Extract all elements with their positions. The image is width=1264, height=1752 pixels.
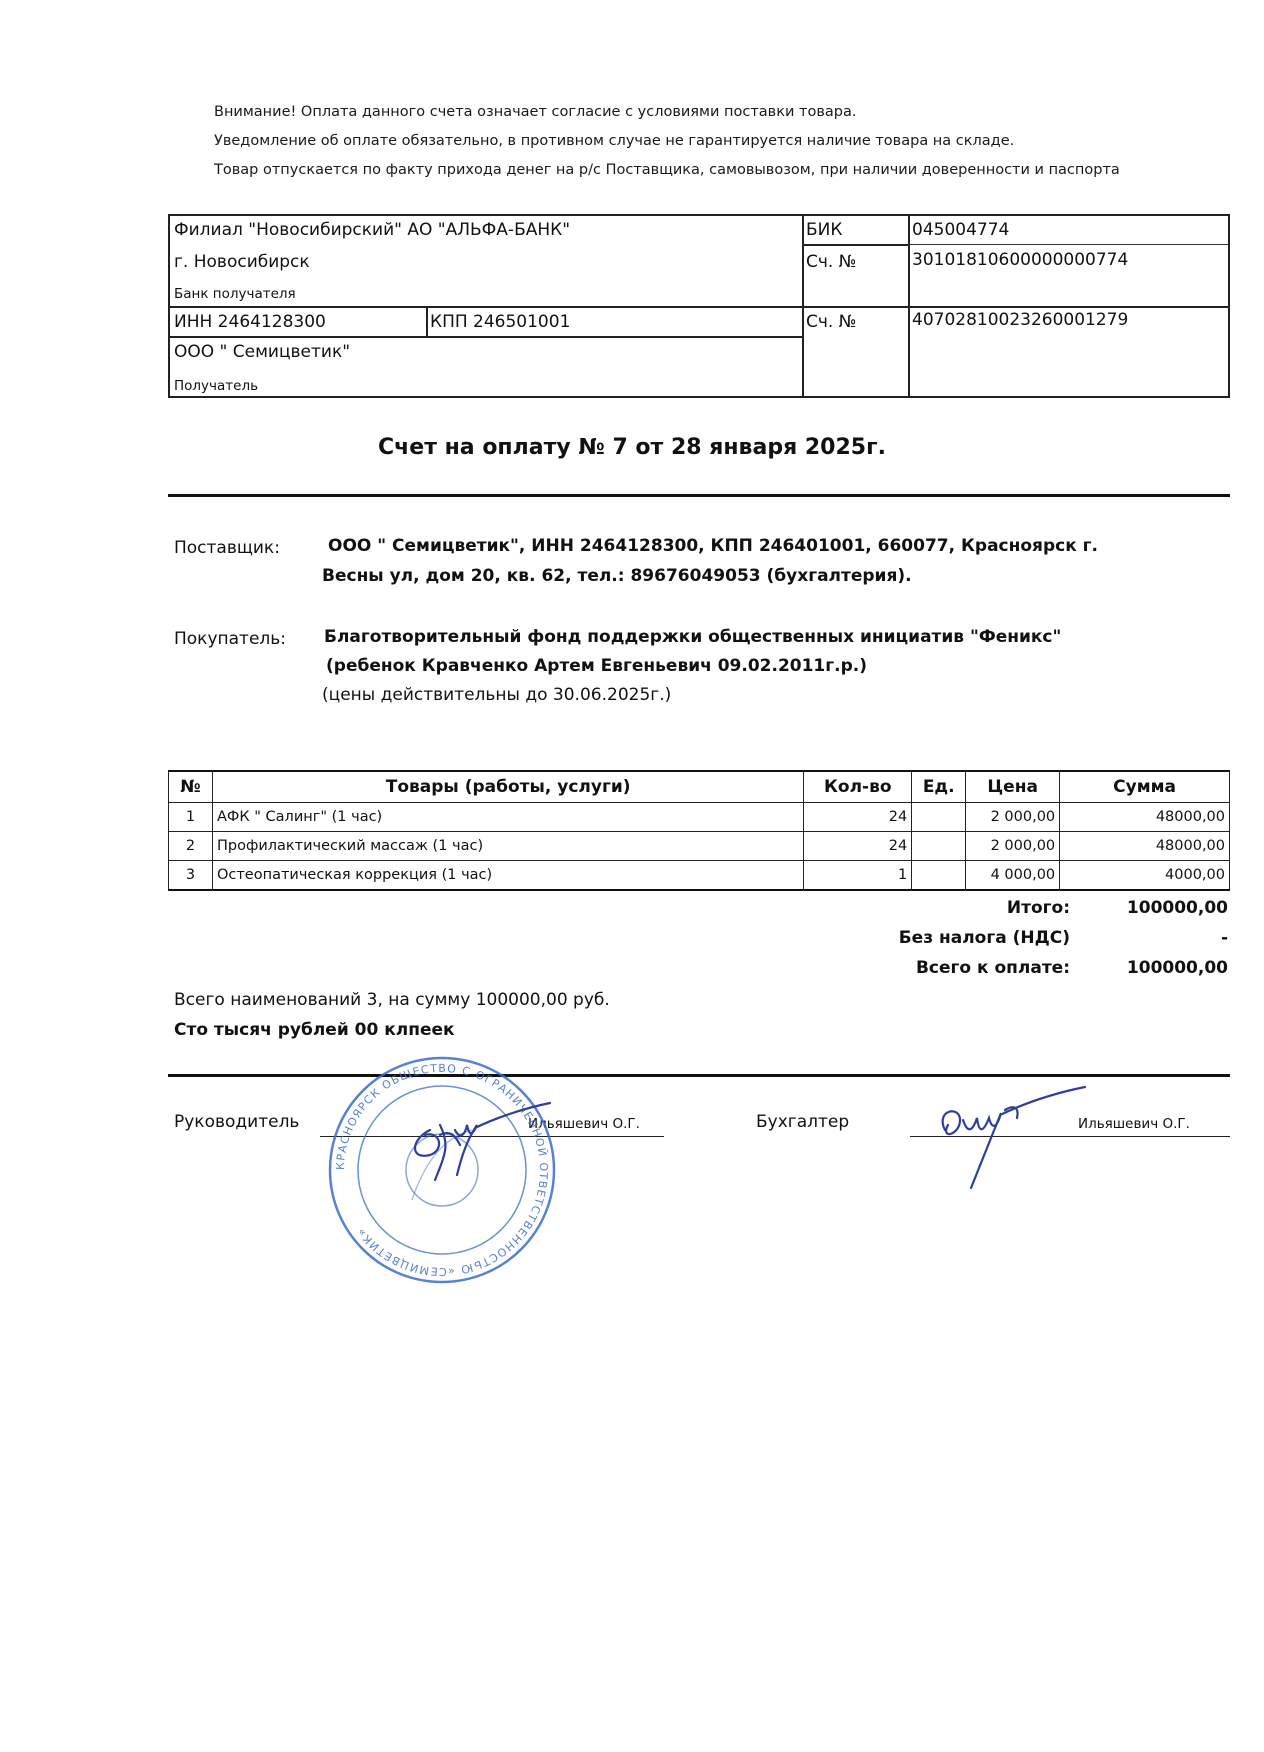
inn: ИНН 2464128300 <box>174 312 326 332</box>
grand-total-value: 100000,00 <box>1068 958 1228 978</box>
accountant-label: Бухгалтер <box>756 1112 849 1132</box>
supplier-label: Поставщик: <box>174 538 280 558</box>
buyer-label: Покупатель: <box>174 629 286 649</box>
bank-city: г. Новосибирск <box>174 252 310 272</box>
table-row: 3 Остеопатическая коррекция (1 час) 1 4 … <box>169 861 1230 891</box>
row-unit <box>912 832 966 861</box>
bik-label: БИК <box>806 220 842 240</box>
col-price: Цена <box>966 771 1060 803</box>
bank-name: Филиал "Новосибирский" АО "АЛЬФА-БАНК" <box>174 220 570 240</box>
accountant-signature-icon <box>925 1085 1095 1195</box>
bank-details-table: Филиал "Новосибирский" АО "АЛЬФА-БАНК" г… <box>168 214 1230 398</box>
head-label: Руководитель <box>174 1112 299 1132</box>
row-qty: 1 <box>804 861 912 891</box>
row-qty: 24 <box>804 832 912 861</box>
row-qty: 24 <box>804 803 912 832</box>
table-row: 1 АФК " Салинг" (1 час) 24 2 000,00 4800… <box>169 803 1230 832</box>
row-name: Остеопатическая коррекция (1 час) <box>212 861 803 891</box>
supplier-line-1: ООО " Семицветик", ИНН 2464128300, КПП 2… <box>328 536 1098 556</box>
buyer-line-2: (ребенок Кравченко Артем Евгеньевич 09.0… <box>326 656 867 676</box>
bank-caption: Банк получателя <box>174 286 296 302</box>
recipient-caption: Получатель <box>174 378 258 394</box>
col-number: № <box>169 771 213 803</box>
corr-account-label: Сч. № <box>806 252 856 272</box>
row-name: АФК " Салинг" (1 час) <box>212 803 803 832</box>
grand-total-label: Всего к оплате: <box>770 958 1070 978</box>
title-rule <box>168 494 1230 497</box>
row-number: 1 <box>169 803 213 832</box>
divider <box>908 244 1228 245</box>
notice-line-3: Товар отпускается по факту прихода денег… <box>214 162 1120 178</box>
divider <box>170 336 802 338</box>
col-unit: Ед. <box>912 771 966 803</box>
bik-value: 045004774 <box>912 220 1009 240</box>
row-price: 2 000,00 <box>966 832 1060 861</box>
total-value: 100000,00 <box>1068 898 1228 918</box>
vat-value: - <box>1068 928 1228 948</box>
items-summary: Всего наименований 3, на сумму 100000,00… <box>174 990 610 1010</box>
notice-line-1: Внимание! Оплата данного счета означает … <box>214 104 856 120</box>
col-sum: Сумма <box>1060 771 1230 803</box>
items-table: № Товары (работы, услуги) Кол-во Ед. Цен… <box>168 770 1230 891</box>
price-validity: (цены действительны до 30.06.2025г.) <box>322 685 671 705</box>
row-unit <box>912 803 966 832</box>
total-label: Итого: <box>770 898 1070 918</box>
row-sum: 48000,00 <box>1060 832 1230 861</box>
kpp: КПП 246501001 <box>430 312 570 332</box>
row-number: 3 <box>169 861 213 891</box>
row-unit <box>912 861 966 891</box>
table-row: 2 Профилактический массаж (1 час) 24 2 0… <box>169 832 1230 861</box>
row-sum: 4000,00 <box>1060 861 1230 891</box>
row-price: 4 000,00 <box>966 861 1060 891</box>
amount-in-words: Сто тысяч рублей 00 клпеек <box>174 1020 455 1040</box>
account-label: Сч. № <box>806 312 856 332</box>
col-goods: Товары (работы, услуги) <box>212 771 803 803</box>
notice-line-2: Уведомление об оплате обязательно, в про… <box>214 133 1014 149</box>
row-price: 2 000,00 <box>966 803 1060 832</box>
divider <box>426 306 428 336</box>
table-header-row: № Товары (работы, услуги) Кол-во Ед. Цен… <box>169 771 1230 803</box>
divider <box>170 306 1228 308</box>
head-signature-icon <box>380 1090 560 1190</box>
account-value: 40702810023260001279 <box>912 310 1128 330</box>
vat-label: Без налога (НДС) <box>770 928 1070 948</box>
divider <box>802 244 908 246</box>
invoice-title: Счет на оплату № 7 от 28 января 2025г. <box>0 435 1264 460</box>
recipient-name: ООО " Семицветик" <box>174 342 350 362</box>
corr-account-value: 30101810600000000774 <box>912 250 1128 270</box>
row-number: 2 <box>169 832 213 861</box>
row-name: Профилактический массаж (1 час) <box>212 832 803 861</box>
supplier-line-2: Весны ул, дом 20, кв. 62, тел.: 89676049… <box>322 566 912 586</box>
col-qty: Кол-во <box>804 771 912 803</box>
row-sum: 48000,00 <box>1060 803 1230 832</box>
buyer-line-1: Благотворительный фонд поддержки обществ… <box>324 627 1061 647</box>
